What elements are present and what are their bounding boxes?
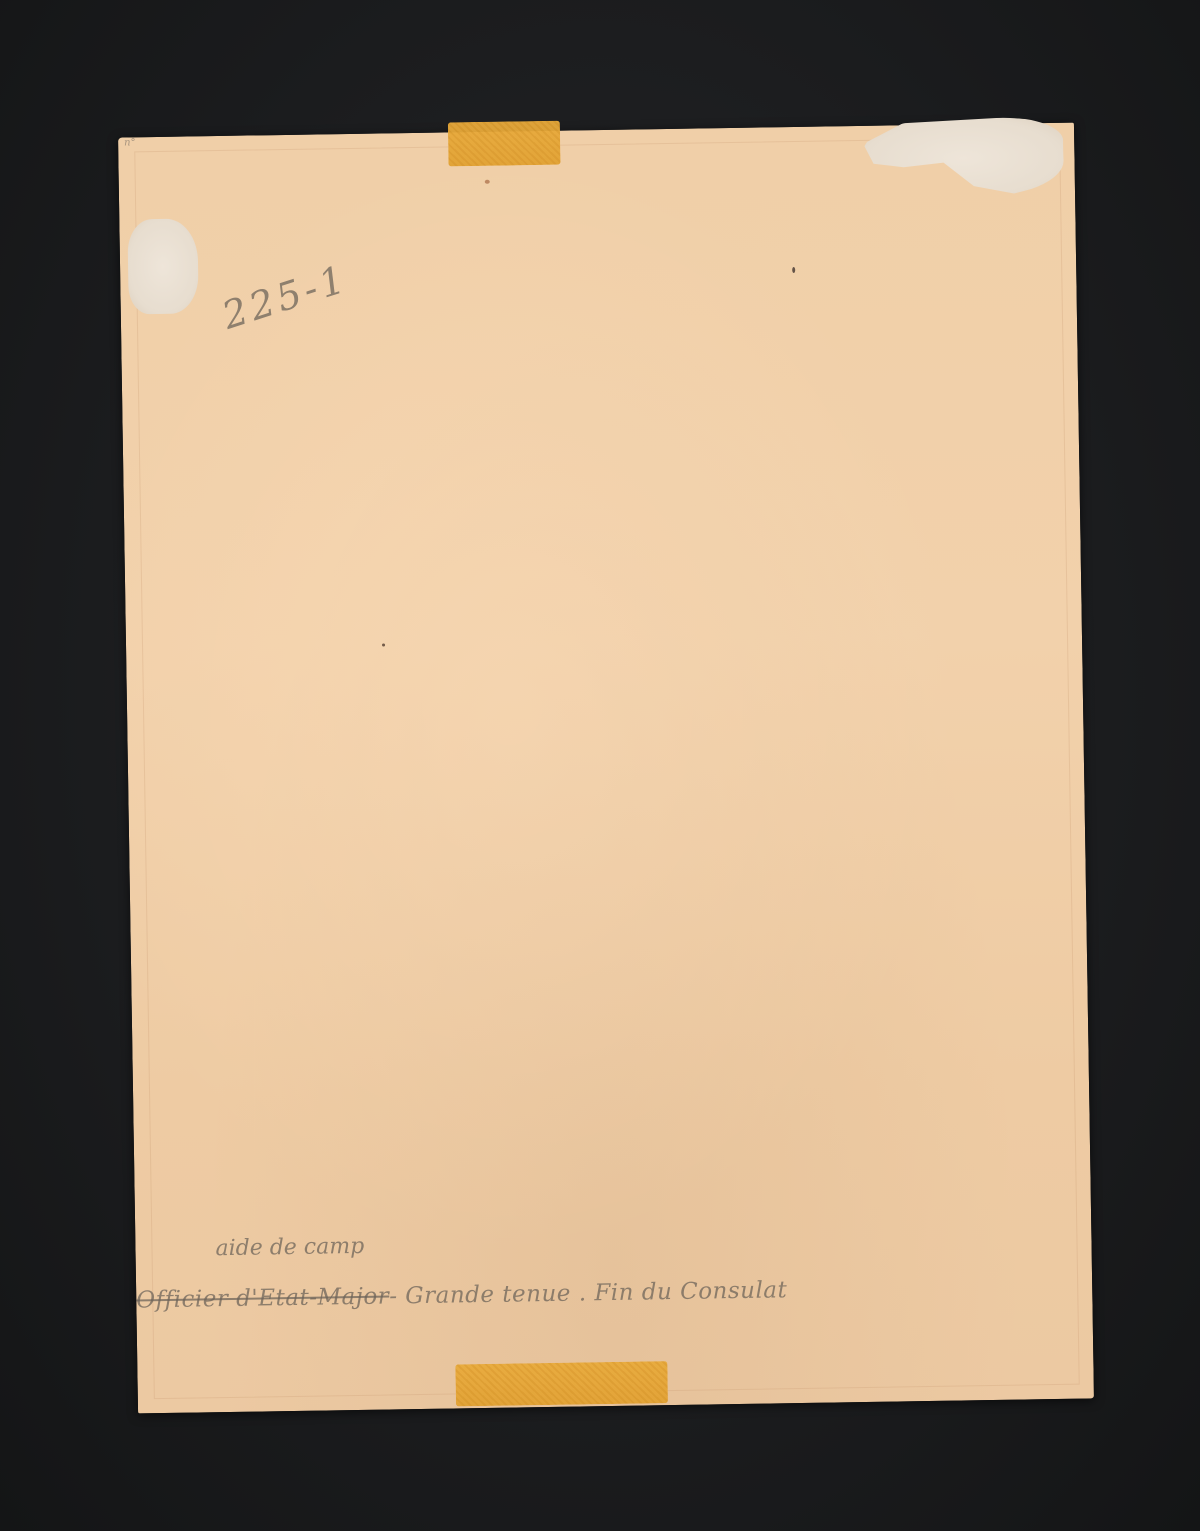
- paper-peel-left: [127, 218, 198, 314]
- inventory-number: 225-1: [217, 256, 354, 338]
- paper-sheet: n° 225-1 aide de camp Officier d'Etat-Ma…: [118, 123, 1094, 1414]
- stain-spot: [382, 643, 385, 646]
- pencil-note-line1: aide de camp: [215, 1234, 364, 1261]
- corner-mark: n°: [124, 137, 136, 148]
- stain-spot: [485, 180, 490, 184]
- struck-text: Officier d'Etat-Major: [136, 1283, 389, 1313]
- tape-bottom: [455, 1361, 668, 1406]
- stain-spot: [792, 267, 795, 273]
- pencil-note-line2: Officier d'Etat-Major- Grande tenue . Fi…: [136, 1277, 787, 1313]
- tape-top: [448, 121, 561, 167]
- caption-text: - Grande tenue . Fin du Consulat: [389, 1277, 787, 1309]
- paper-border-discoloration: [134, 137, 1079, 1399]
- paper-peel-top-right: [863, 117, 1064, 200]
